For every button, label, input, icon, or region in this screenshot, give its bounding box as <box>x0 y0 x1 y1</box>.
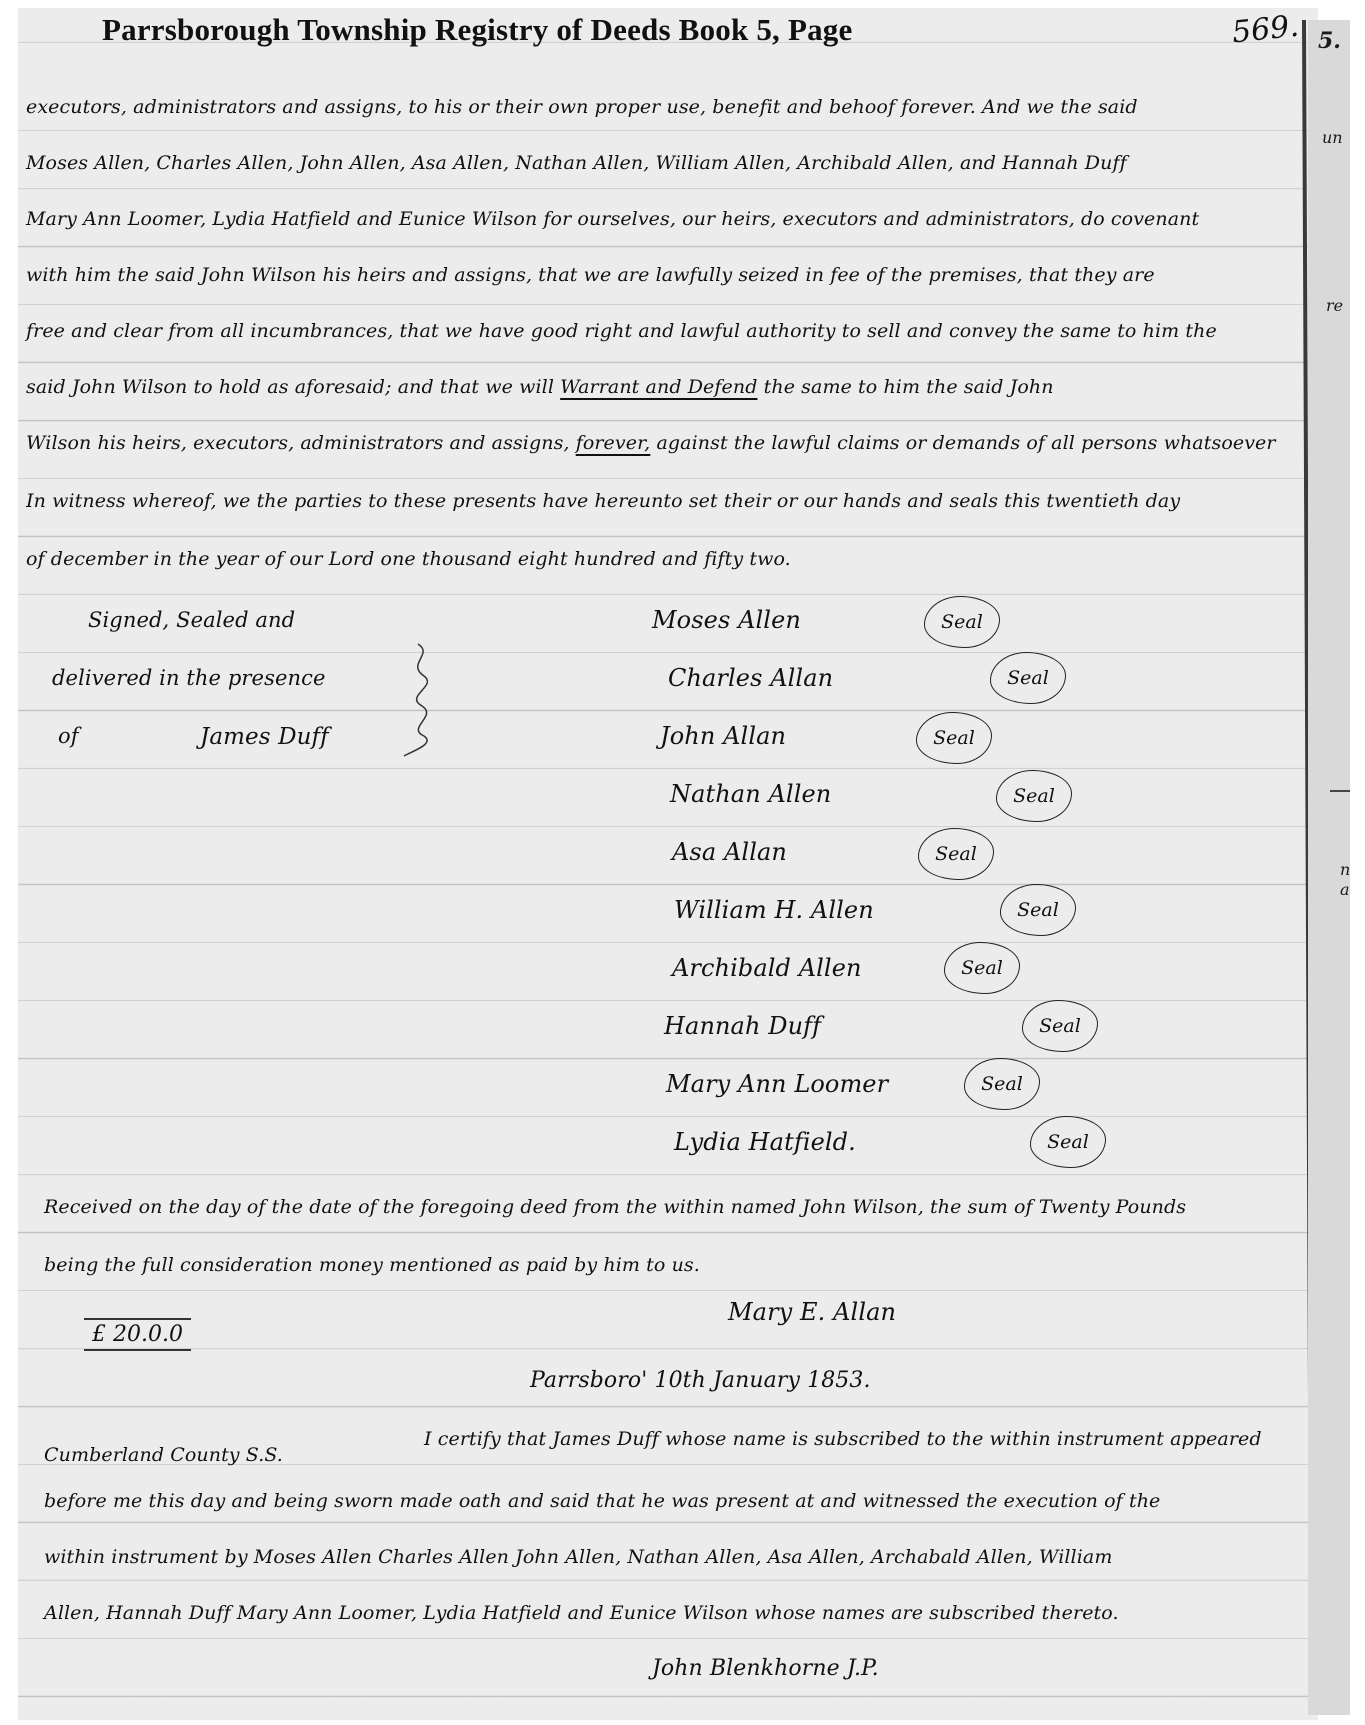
signatory-name: Nathan Allen <box>670 780 831 808</box>
margin-fragment: 5. <box>1318 28 1341 54</box>
page-title: Parrsborough Township Registry of Deeds … <box>102 12 852 48</box>
witness-line: delivered in the presence <box>52 666 326 690</box>
signatory-name: Hannah Duff <box>664 1012 821 1040</box>
seal-mark: Seal <box>1030 1116 1106 1168</box>
seal-mark: Seal <box>1000 884 1076 936</box>
forever-line-after: against the lawful claims or demands of … <box>656 432 1275 454</box>
seal-mark: Seal <box>964 1058 1040 1110</box>
body-line: In witness whereof, we the parties to th… <box>26 490 1180 512</box>
margin-fragment: a <box>1340 880 1350 899</box>
margin-fragment: re <box>1326 296 1343 315</box>
witness-name: James Duff <box>200 724 329 750</box>
certificate-line: within instrument by Moses Allen Charles… <box>44 1546 1112 1568</box>
brace-flourish-icon <box>400 640 440 760</box>
seal-mark: Seal <box>1022 1000 1098 1052</box>
warrant-line-before: said John Wilson to hold as aforesaid; a… <box>26 376 554 398</box>
warrant-and-defend: Warrant and Defend <box>560 376 757 398</box>
seal-mark: Seal <box>924 596 1000 648</box>
witness-line: Signed, Sealed and <box>88 608 295 632</box>
seal-mark: Seal <box>944 942 1020 994</box>
signatory-name: Asa Allan <box>672 838 787 866</box>
margin-fragment: un <box>1322 128 1343 147</box>
certificate-line: Allen, Hannah Duff Mary Ann Loomer, Lydi… <box>44 1602 1119 1624</box>
body-line: free and clear from all incumbrances, th… <box>26 320 1217 342</box>
margin-fragment: n <box>1340 860 1350 879</box>
receipt-signer: Mary E. Allan <box>728 1298 896 1326</box>
receipt-line: Received on the day of the date of the f… <box>44 1196 1186 1218</box>
margin-rule-line <box>1330 790 1350 792</box>
receipt-line: being the full consideration money menti… <box>44 1254 700 1276</box>
page-number: 569. <box>1230 9 1300 51</box>
body-line: executors, administrators and assigns, t… <box>26 96 1138 118</box>
certificate-line: I certify that James Duff whose name is … <box>424 1428 1262 1450</box>
certificate-line: before me this day and being sworn made … <box>44 1490 1160 1512</box>
signatory-name: Charles Allan <box>668 664 833 692</box>
receipt-place-date: Parrsboro' 10th January 1853. <box>530 1368 871 1393</box>
warrant-line: said John Wilson to hold as aforesaid; a… <box>26 376 1054 398</box>
scan-edge <box>1360 0 1365 1725</box>
certificate-justice: John Blenkhorne J.P. <box>652 1656 879 1681</box>
seal-mark: Seal <box>916 712 992 764</box>
forever-line-before: Wilson his heirs, executors, administrat… <box>26 432 570 454</box>
witness-line: of <box>58 724 79 748</box>
body-line: Moses Allen, Charles Allen, John Allen, … <box>26 152 1127 174</box>
warrant-line-after: the same to him the said John <box>764 376 1054 398</box>
body-line: Mary Ann Loomer, Lydia Hatfield and Euni… <box>26 208 1199 230</box>
seal-mark: Seal <box>990 652 1066 704</box>
signatory-name: Mary Ann Loomer <box>666 1070 888 1098</box>
seal-mark: Seal <box>918 828 994 880</box>
receipt-amount: £ 20.0.0 <box>84 1318 191 1351</box>
body-line: with him the said John Wilson his heirs … <box>26 264 1155 286</box>
forever-underlined: forever, <box>576 432 651 454</box>
certificate-county: Cumberland County S.S. <box>44 1444 283 1466</box>
signatory-name: William H. Allen <box>674 896 874 924</box>
seal-mark: Seal <box>996 770 1072 822</box>
forever-line: Wilson his heirs, executors, administrat… <box>26 432 1276 454</box>
signatory-name: Moses Allen <box>652 606 801 634</box>
signatory-name: John Allan <box>660 722 786 750</box>
signatory-name: Lydia Hatfield. <box>674 1128 856 1156</box>
body-line: of december in the year of our Lord one … <box>26 548 791 570</box>
signatory-name: Archibald Allen <box>672 954 862 982</box>
